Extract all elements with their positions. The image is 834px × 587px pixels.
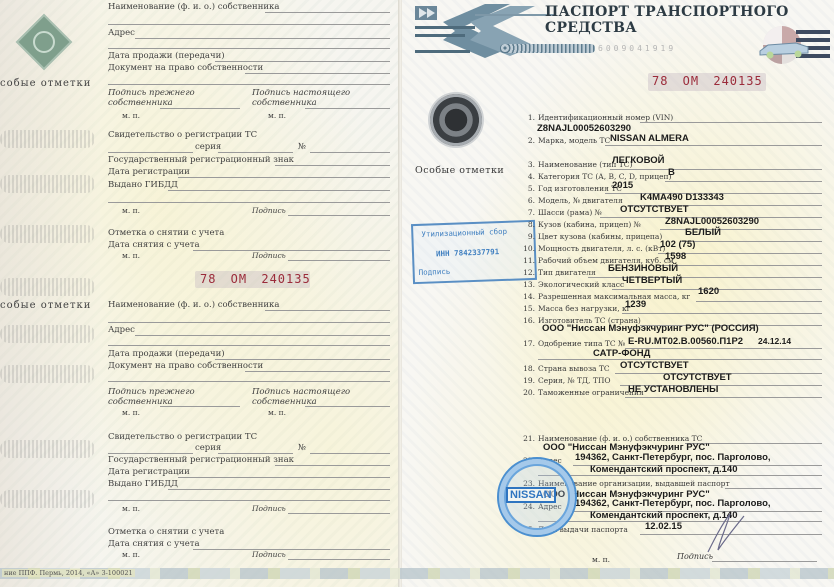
stamp-mark: м. п. (122, 206, 140, 215)
field-value[interactable]: 102 (75) (660, 239, 695, 250)
field-number: 20. (523, 388, 535, 397)
field-value-line2[interactable]: САТР-ФОНД (593, 348, 650, 359)
field-value[interactable]: ЧЕТВЕРТЫЙ (622, 275, 682, 286)
field-underline (665, 181, 822, 182)
field-number: 18. (523, 364, 535, 373)
series-label: серия (195, 443, 221, 453)
reg-date-label: Дата регистрации (108, 167, 190, 177)
ownership-doc-field[interactable] (245, 73, 390, 74)
sale-date-label: Дата продажи (передачи) (108, 349, 225, 359)
guilloche-ornament (0, 225, 95, 243)
field-number: 13. (523, 280, 535, 289)
reg-series-field[interactable] (108, 152, 193, 153)
number-label: № (298, 142, 306, 152)
field-number: 8. (528, 220, 535, 229)
plate-field[interactable] (275, 165, 390, 166)
guilloche-ornament (0, 175, 95, 193)
field-label: Цвет кузова (кабины, прицепа) (538, 232, 662, 241)
signature-label: Подпись (252, 206, 286, 215)
field-value[interactable]: 1239 (625, 299, 646, 310)
field-underline (725, 488, 822, 489)
left-page: собые отметки собые отметки Наименование… (0, 0, 400, 587)
field-label: Одобрение типа ТС № (538, 339, 625, 348)
reg-date-field[interactable] (178, 177, 390, 178)
field-underline (696, 301, 822, 302)
field-value[interactable]: K4MA490 D133343 (640, 192, 724, 203)
field-value[interactable]: 2015 (612, 180, 633, 191)
stamp-mark: м. п. (122, 504, 140, 513)
address-field-2[interactable] (108, 345, 390, 346)
series-label: серия (195, 142, 221, 152)
util-stamp-inn: ИНН 7842337791 (436, 247, 499, 258)
ownership-doc-field[interactable] (245, 371, 390, 372)
field-number: 5. (528, 184, 535, 193)
stamp-mark: м. п. (122, 111, 140, 120)
faint-number-print: 6009041919 (598, 44, 676, 53)
plate-field[interactable] (275, 465, 390, 466)
reg-number-field[interactable] (310, 453, 390, 454)
signature-label: Подпись (252, 504, 286, 513)
field-label: Год изготовления ТС (538, 184, 622, 193)
field-label: Серия, № ТД, ТПО (538, 376, 611, 385)
field-value[interactable]: ООО "Ниссан Мэнуфэкчуринг РУС" (РОССИЯ) (542, 323, 759, 334)
stamp-mark: м. п. (122, 550, 140, 559)
reg-number-field[interactable] (310, 152, 390, 153)
field-number: 10. (523, 244, 535, 253)
dereg-label: Отметка о снятии с учета (108, 228, 224, 238)
field-number: 19. (523, 376, 535, 385)
field-label: Марка, модель ТС (538, 136, 610, 145)
field-value[interactable]: БЕЛЫЙ (685, 227, 721, 238)
field-value[interactable]: БЕНЗИНОВЫЙ (608, 263, 678, 274)
field-label: Разрешенная максимальная масса, кг (538, 292, 690, 301)
reg-series-value-field[interactable] (218, 152, 293, 153)
field-number: 16. (523, 316, 535, 325)
signature-field[interactable] (288, 215, 390, 216)
field-value[interactable]: 1620 (698, 286, 719, 297)
field-value[interactable]: Z8NAJL00052603290 (665, 216, 759, 227)
sale-date-label: Дата продажи (передачи) (108, 51, 225, 61)
guilloche-ornament (0, 130, 95, 148)
field-value[interactable]: 1598 (665, 251, 686, 262)
guilloche-ornament (0, 325, 95, 343)
field-number: 7. (528, 208, 535, 217)
field-value[interactable]: ОТСУТСТВУЕТ (663, 372, 732, 383)
issued-field-2[interactable] (108, 202, 390, 203)
stamp-mark: м. п. (122, 408, 140, 417)
stamp-mark-right: м. п. (592, 555, 610, 564)
dereg-date-field[interactable] (193, 250, 390, 251)
hologram-seal-icon (430, 94, 482, 146)
field-label: Экологический класс (538, 280, 624, 289)
recycling-fee-stamp: Утилизационный сбор ИНН 7842337791 Подпи… (411, 220, 537, 284)
field-value[interactable]: B (668, 167, 675, 178)
owner-name-label: Наименование (ф. и. о.) собственника (108, 300, 279, 310)
dereg-date-label: Дата снятия с учета (108, 240, 200, 250)
field-number: 12. (523, 268, 535, 277)
address-label: Адрес (108, 325, 135, 335)
guilloche-ornament (0, 278, 95, 296)
ownership-doc-label: Документ на право собственности (108, 361, 263, 371)
field-value-line2[interactable]: Комендантский проспект, д.140 (590, 464, 737, 475)
field-number: 17. (523, 339, 535, 348)
ownership-doc-field-2[interactable] (108, 84, 390, 85)
field-underline (610, 169, 822, 170)
reg-cert-label: Свидетельство о регистрации ТС (108, 432, 257, 442)
owner-name-field[interactable] (265, 310, 390, 311)
owner-name-field[interactable] (265, 12, 390, 13)
field-label: Модель, № двигателя (538, 196, 623, 205)
guilloche-ornament (0, 490, 95, 508)
field-label: Масса без нагрузки, кг (538, 304, 631, 313)
address-field[interactable] (135, 38, 390, 39)
field-value[interactable]: E-RU.MT02.B.00560.П1Р2 (628, 336, 743, 347)
signature-field-right[interactable] (712, 561, 817, 562)
util-stamp-signature: Подпись (419, 267, 451, 277)
field-value[interactable]: ОТСУТСТВУЕТ (620, 204, 689, 215)
reg-series-value-field[interactable] (218, 453, 293, 454)
passport-serial-number-right: 78 ОМ 240135 (652, 74, 763, 88)
util-stamp-title: Утилизационный сбор (421, 227, 507, 239)
field-value[interactable]: NISSAN ALMERA (610, 133, 689, 144)
signature-field[interactable] (288, 260, 390, 261)
stamp-mark: м. п. (268, 408, 286, 417)
owner-name-field-2[interactable] (108, 322, 390, 323)
owner-name-label: Наименование (ф. и. о.) собственника (108, 2, 279, 12)
special-marks-label-right: Особые отметки (415, 165, 504, 176)
field-underline (622, 313, 822, 314)
issued-label: Выдано ГИБДД (108, 180, 178, 190)
field-underline (680, 241, 822, 242)
field-number: 15. (523, 304, 535, 313)
field-number: 11. (523, 256, 535, 265)
issued-field-2[interactable] (108, 500, 390, 501)
special-marks-label: собые отметки (0, 78, 91, 89)
field-underline (538, 475, 822, 476)
printer-imprint: ние ППФ. Пермь, 2014, «А» 3-100021 (2, 569, 135, 577)
curr-owner-signature-field[interactable] (305, 108, 390, 109)
car-emblem-icon (758, 25, 830, 65)
field-underline (605, 145, 822, 146)
issued-label: Выдано ГИБДД (108, 479, 178, 489)
signature-label: Подпись (252, 251, 286, 260)
issued-field[interactable] (168, 489, 390, 490)
passport-serial-number: 78 ОМ 240135 (200, 272, 311, 286)
field-label: Кузов (кабина, прицеп) № (538, 220, 641, 229)
microprint-band (500, 44, 595, 53)
field-number: 2. (528, 136, 535, 145)
field-number: 3. (528, 160, 535, 169)
guilloche-ornament (0, 440, 95, 458)
dereg-label: Отметка о снятии с учета (108, 527, 224, 537)
number-label: № (298, 443, 306, 453)
curr-owner-signature-label: Подпись настоящего собственника (252, 88, 372, 108)
prev-owner-signature-label: Подпись прежнего собственника (108, 387, 228, 407)
field-label: Страна вывоза ТС (538, 364, 610, 373)
reg-cert-label: Свидетельство о регистрации ТС (108, 130, 257, 140)
field-label: Категория ТС (A, B, C, D, прицеп) (538, 172, 671, 181)
reg-series-field[interactable] (108, 453, 193, 454)
prev-owner-signature-label: Подпись прежнего собственника (108, 88, 228, 108)
field-value[interactable]: 12.02.15 (645, 521, 682, 532)
field-value[interactable]: НЕ УСТАНОВЛЕНЫ (628, 384, 718, 395)
field-value[interactable]: 194362, Санкт-Петербург, пос. Парголово, (575, 452, 771, 463)
field-underline (625, 397, 822, 398)
curr-owner-signature-field[interactable] (305, 406, 390, 407)
field-number: 4. (528, 172, 535, 181)
field-number: 9. (528, 232, 535, 241)
plate-label: Государственный регистрационный знак (108, 155, 294, 165)
field-value[interactable]: ОТСУТСТВУЕТ (620, 360, 689, 371)
prev-owner-signature-field[interactable] (160, 108, 240, 109)
curr-owner-signature-label: Подпись настоящего собственника (252, 387, 372, 407)
field-number: 21. (523, 434, 535, 443)
field-value[interactable]: ЛЕГКОВОЙ (612, 155, 664, 166)
dereg-date-label: Дата снятия с учета (108, 539, 200, 549)
address-label: Адрес (108, 28, 135, 38)
plate-label: Государственный регистрационный знак (108, 455, 294, 465)
approval-date[interactable]: 24.12.14 (758, 336, 791, 346)
signature-field[interactable] (288, 559, 390, 560)
issued-field[interactable] (168, 190, 390, 191)
owner-name-field-2[interactable] (108, 24, 390, 25)
field-label: Мощность двигателя, л. с. (кВт) (538, 244, 665, 253)
address-field-2[interactable] (108, 48, 390, 49)
stamp-mark: м. п. (268, 111, 286, 120)
ownership-doc-label: Документ на право собственности (108, 63, 263, 73)
ownership-doc-field-2[interactable] (108, 381, 390, 382)
stamp-mark: м. п. (122, 251, 140, 260)
prev-owner-signature-field[interactable] (160, 406, 240, 407)
field-number: 1. (528, 113, 535, 122)
signature-field[interactable] (288, 513, 390, 514)
address-field[interactable] (135, 335, 390, 336)
reg-date-label: Дата регистрации (108, 467, 190, 477)
field-value[interactable]: 194362, Санкт-Петербург, пос. Парголово, (575, 498, 771, 509)
sale-date-field[interactable] (215, 359, 390, 360)
field-number: 6. (528, 196, 535, 205)
field-underline (640, 122, 822, 123)
field-number: 14. (523, 292, 535, 301)
nissan-company-stamp: NISSAN (497, 457, 577, 537)
reg-date-field[interactable] (178, 477, 390, 478)
nissan-logo: NISSAN (506, 487, 556, 503)
guilloche-ornament (0, 365, 95, 383)
special-marks-label: собые отметки (0, 300, 91, 311)
handwritten-signature-icon (700, 510, 750, 555)
field-underline (660, 265, 822, 266)
signature-label: Подпись (252, 550, 286, 559)
field-label: Идентификационный номер (VIN) (538, 113, 673, 122)
field-underline (625, 348, 822, 349)
field-label: Тип двигателя (538, 268, 596, 277)
dereg-date-field[interactable] (193, 549, 390, 550)
sale-date-field[interactable] (215, 61, 390, 62)
field-label: Шасси (рама) № (538, 208, 602, 217)
